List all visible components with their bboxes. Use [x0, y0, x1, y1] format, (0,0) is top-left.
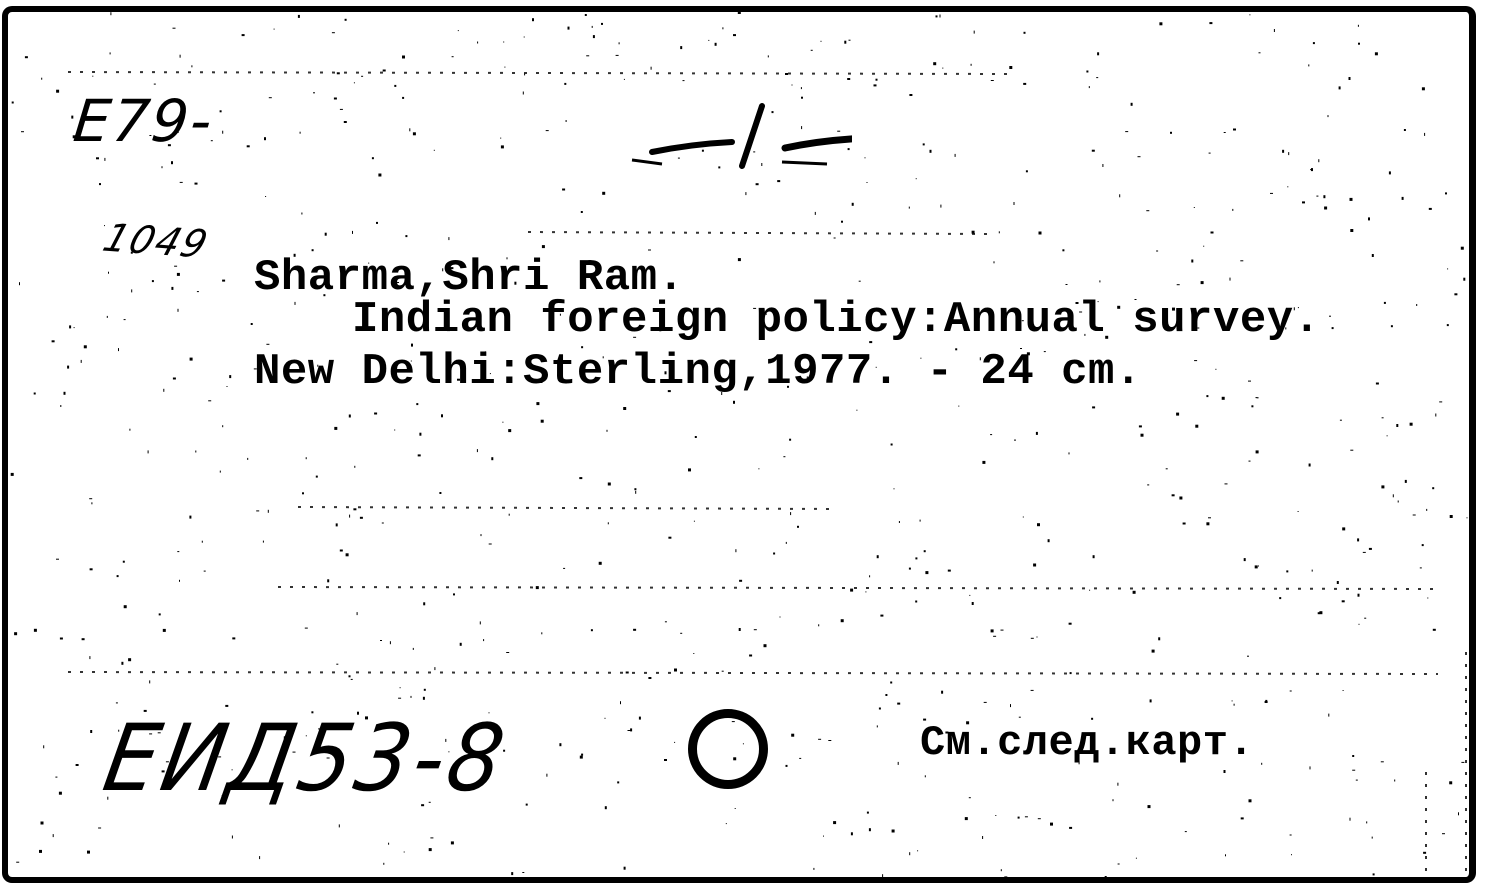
author-line: Sharma,Shri Ram. — [254, 256, 684, 300]
shelfmark-bottom-handwritten: EИД53-8 — [98, 712, 514, 804]
see-next-card-note: См.след.карт. — [920, 722, 1254, 764]
title-line: Indian foreign policy:Annual survey. — [352, 298, 1321, 342]
inventory-number-handwritten: 1049 — [99, 218, 214, 263]
imprint-line: New Delhi:Sterling,1977. - 24 cm. — [254, 350, 1142, 394]
punch-hole-icon — [688, 709, 768, 789]
page-marker-handwritten — [622, 100, 852, 190]
shelfmark-top-handwritten: E79- — [71, 92, 216, 150]
